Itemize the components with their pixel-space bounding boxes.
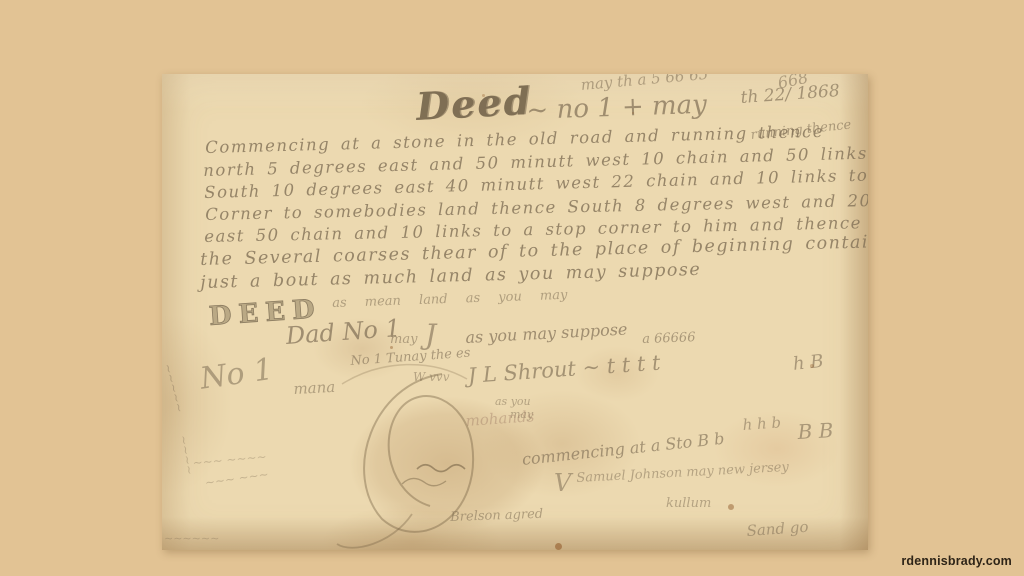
scribble-faint-1: ∼∼∼ ∼∼∼∼	[192, 450, 267, 470]
stain-dot	[482, 94, 485, 97]
title-suffix: ~ no 1 + may	[526, 90, 707, 126]
stain-dot	[728, 504, 734, 510]
scribble-may: may	[390, 332, 417, 347]
scribble-samuel: Samuel Johnson may new jersey	[576, 460, 789, 486]
title-date: th 22/ 1868	[740, 81, 840, 108]
scribble-hhb: h h b	[742, 413, 782, 434]
scribble-suppose: as you may suppose	[465, 320, 628, 347]
scribble-hb: h B	[792, 351, 825, 375]
interlinear-small-note: as mean land as you may	[332, 288, 568, 311]
stain-dot	[810, 364, 814, 368]
watermark: rdennisbrady.com	[901, 554, 1012, 568]
scribble-faint-2: ∼∼∼ ∼∼∼	[204, 467, 269, 490]
photo-canvas: may th a 5 66 65 668 Deed ~ no 1 + may t…	[0, 0, 1024, 576]
scribble-numbers: a 66666	[642, 330, 696, 347]
scribble-sandgo: Sand go	[746, 518, 809, 540]
flourish-scribble	[282, 354, 562, 550]
stain-dot	[555, 543, 562, 550]
scribble-bb: B B	[797, 418, 834, 444]
deed-document: may th a 5 66 65 668 Deed ~ no 1 + may t…	[162, 74, 868, 550]
stain-dot	[390, 346, 393, 349]
scribble-margin-vertical-1: ∼∼∼∼∼	[162, 362, 187, 414]
page-title: Deed	[415, 78, 533, 129]
stain-dot	[632, 112, 634, 114]
scribble-j-flourish: J	[425, 318, 436, 351]
scribble-no1-large: No 1	[198, 352, 275, 397]
scribble-bottom-left: ∼∼∼∼∼∼	[164, 532, 219, 545]
scribble-kullum: kullum	[666, 496, 711, 511]
